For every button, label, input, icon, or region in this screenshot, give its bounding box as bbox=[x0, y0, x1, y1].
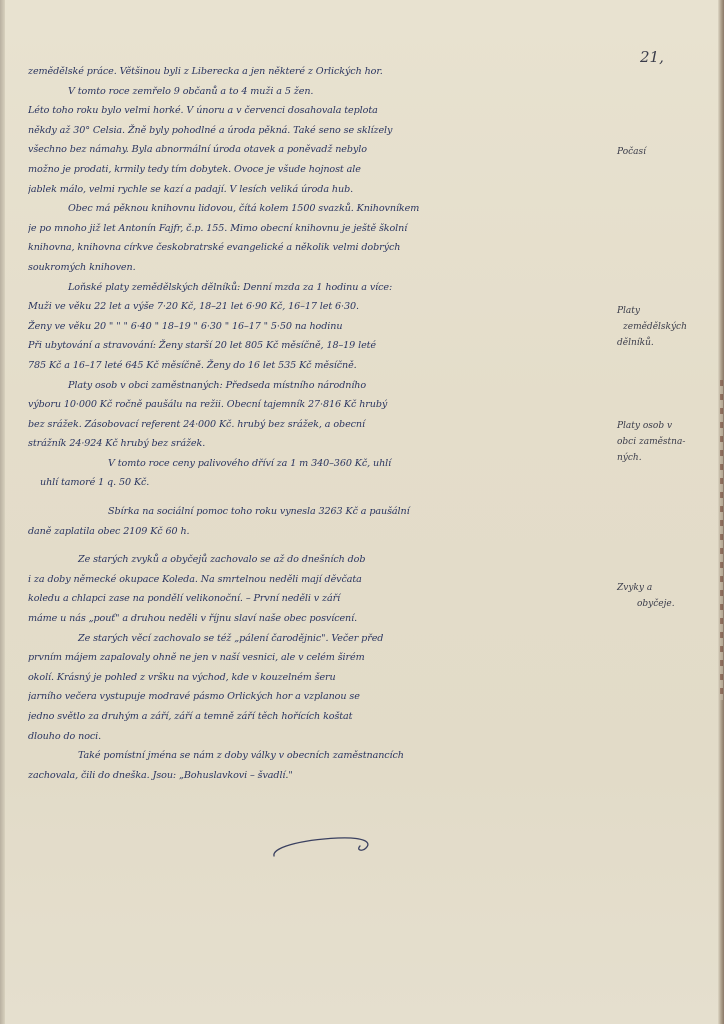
text-line: uhlí tamoré 1 q. 50 Kč. bbox=[28, 473, 618, 493]
closing-flourish bbox=[268, 828, 378, 864]
text-line: je po mnoho již let Antonín Fajfr, č.p. … bbox=[28, 219, 618, 239]
text-line: V tomto roce zemřelo 9 občanů a to 4 muž… bbox=[28, 82, 618, 102]
handwritten-body: zemědělské práce. Většinou byli z Libere… bbox=[28, 62, 618, 785]
text-line: Sbírka na sociální pomoc toho roku vynes… bbox=[28, 502, 618, 522]
text-line: Muži ve věku 22 let a výše 7·20 Kč, 18–2… bbox=[28, 297, 618, 317]
chronicle-page: 21, zemědělské práce. Většinou byli z Li… bbox=[0, 0, 724, 1024]
margin-note-customs: Zvyky a obyčeje. bbox=[617, 580, 717, 612]
text-line: V tomto roce ceny palivového dříví za 1 … bbox=[28, 454, 618, 474]
text-line: knihovna, knihovna církve českobratrské … bbox=[28, 238, 618, 258]
text-line: zemědělské práce. Většinou byli z Libere… bbox=[28, 62, 618, 82]
text-line: bez srážek. Zásobovací referent 24·000 K… bbox=[28, 415, 618, 435]
text-line: jarního večera vystupuje modravé pásmo O… bbox=[28, 687, 618, 707]
text-line: Ženy ve věku 20 " " " 6·40 " 18–19 " 6·3… bbox=[28, 317, 618, 337]
page-right-edge bbox=[718, 0, 724, 1024]
text-line: dlouho do noci. bbox=[28, 727, 618, 747]
text-line: soukromých knihoven. bbox=[28, 258, 618, 278]
text-line: Také pomístní jména se nám z doby války … bbox=[28, 746, 618, 766]
text-line: výboru 10·000 Kč ročně paušálu na režii.… bbox=[28, 395, 618, 415]
text-line: všechno bez námahy. Byla abnormální úrod… bbox=[28, 140, 618, 160]
text-line: prvním májem zapalovaly ohně ne jen v na… bbox=[28, 648, 618, 668]
text-line: Loňské platy zemědělských dělníků: Denní… bbox=[28, 278, 618, 298]
text-line: Obec má pěknou knihovnu lidovou, čítá ko… bbox=[28, 199, 618, 219]
text-line: někdy až 30° Celsia. Žně byly pohodlné a… bbox=[28, 121, 618, 141]
text-line: koledu a chlapci zase na pondělí velikon… bbox=[28, 589, 618, 609]
text-line: jablek málo, velmi rychle se kazí a pada… bbox=[28, 180, 618, 200]
text-line: máme u nás „pouť" a druhou neděli v říjn… bbox=[28, 609, 618, 629]
page-number: 21, bbox=[640, 48, 664, 66]
text-line: Léto toho roku bylo velmi horké. V únoru… bbox=[28, 101, 618, 121]
text-line: možno je prodati, krmily tedy tím dobyte… bbox=[28, 160, 618, 180]
margin-note-farm-wages: Platy zemědělských dělníků. bbox=[617, 303, 717, 351]
text-line: Ze starých zvyků a obyčejů zachovalo se … bbox=[28, 550, 618, 570]
text-line: Při ubytování a stravování: Ženy starší … bbox=[28, 336, 618, 356]
text-line: 785 Kč a 16–17 leté 645 Kč měsíčně. Ženy… bbox=[28, 356, 618, 376]
margin-note-municipal-wages: Platy osob v obci zaměstna- ných. bbox=[617, 418, 717, 466]
text-line: zachovala, čili do dneška. Jsou: „Bohusl… bbox=[28, 766, 618, 786]
text-line: i za doby německé okupace Koleda. Na smr… bbox=[28, 570, 618, 590]
page-left-edge bbox=[0, 0, 5, 1024]
text-line: daně zaplatila obec 2109 Kč 60 h. bbox=[28, 522, 618, 542]
margin-note-weather: Počasí bbox=[617, 144, 717, 160]
text-line: jedno světlo za druhým a září, září a te… bbox=[28, 707, 618, 727]
text-line: strážník 24·924 Kč hrubý bez srážek. bbox=[28, 434, 618, 454]
text-line: okolí. Krásný je pohled z vršku na výcho… bbox=[28, 668, 618, 688]
text-line: Platy osob v obci zaměstnaných: Předseda… bbox=[28, 376, 618, 396]
text-line: Ze starých věcí zachovalo se též „pálení… bbox=[28, 629, 618, 649]
